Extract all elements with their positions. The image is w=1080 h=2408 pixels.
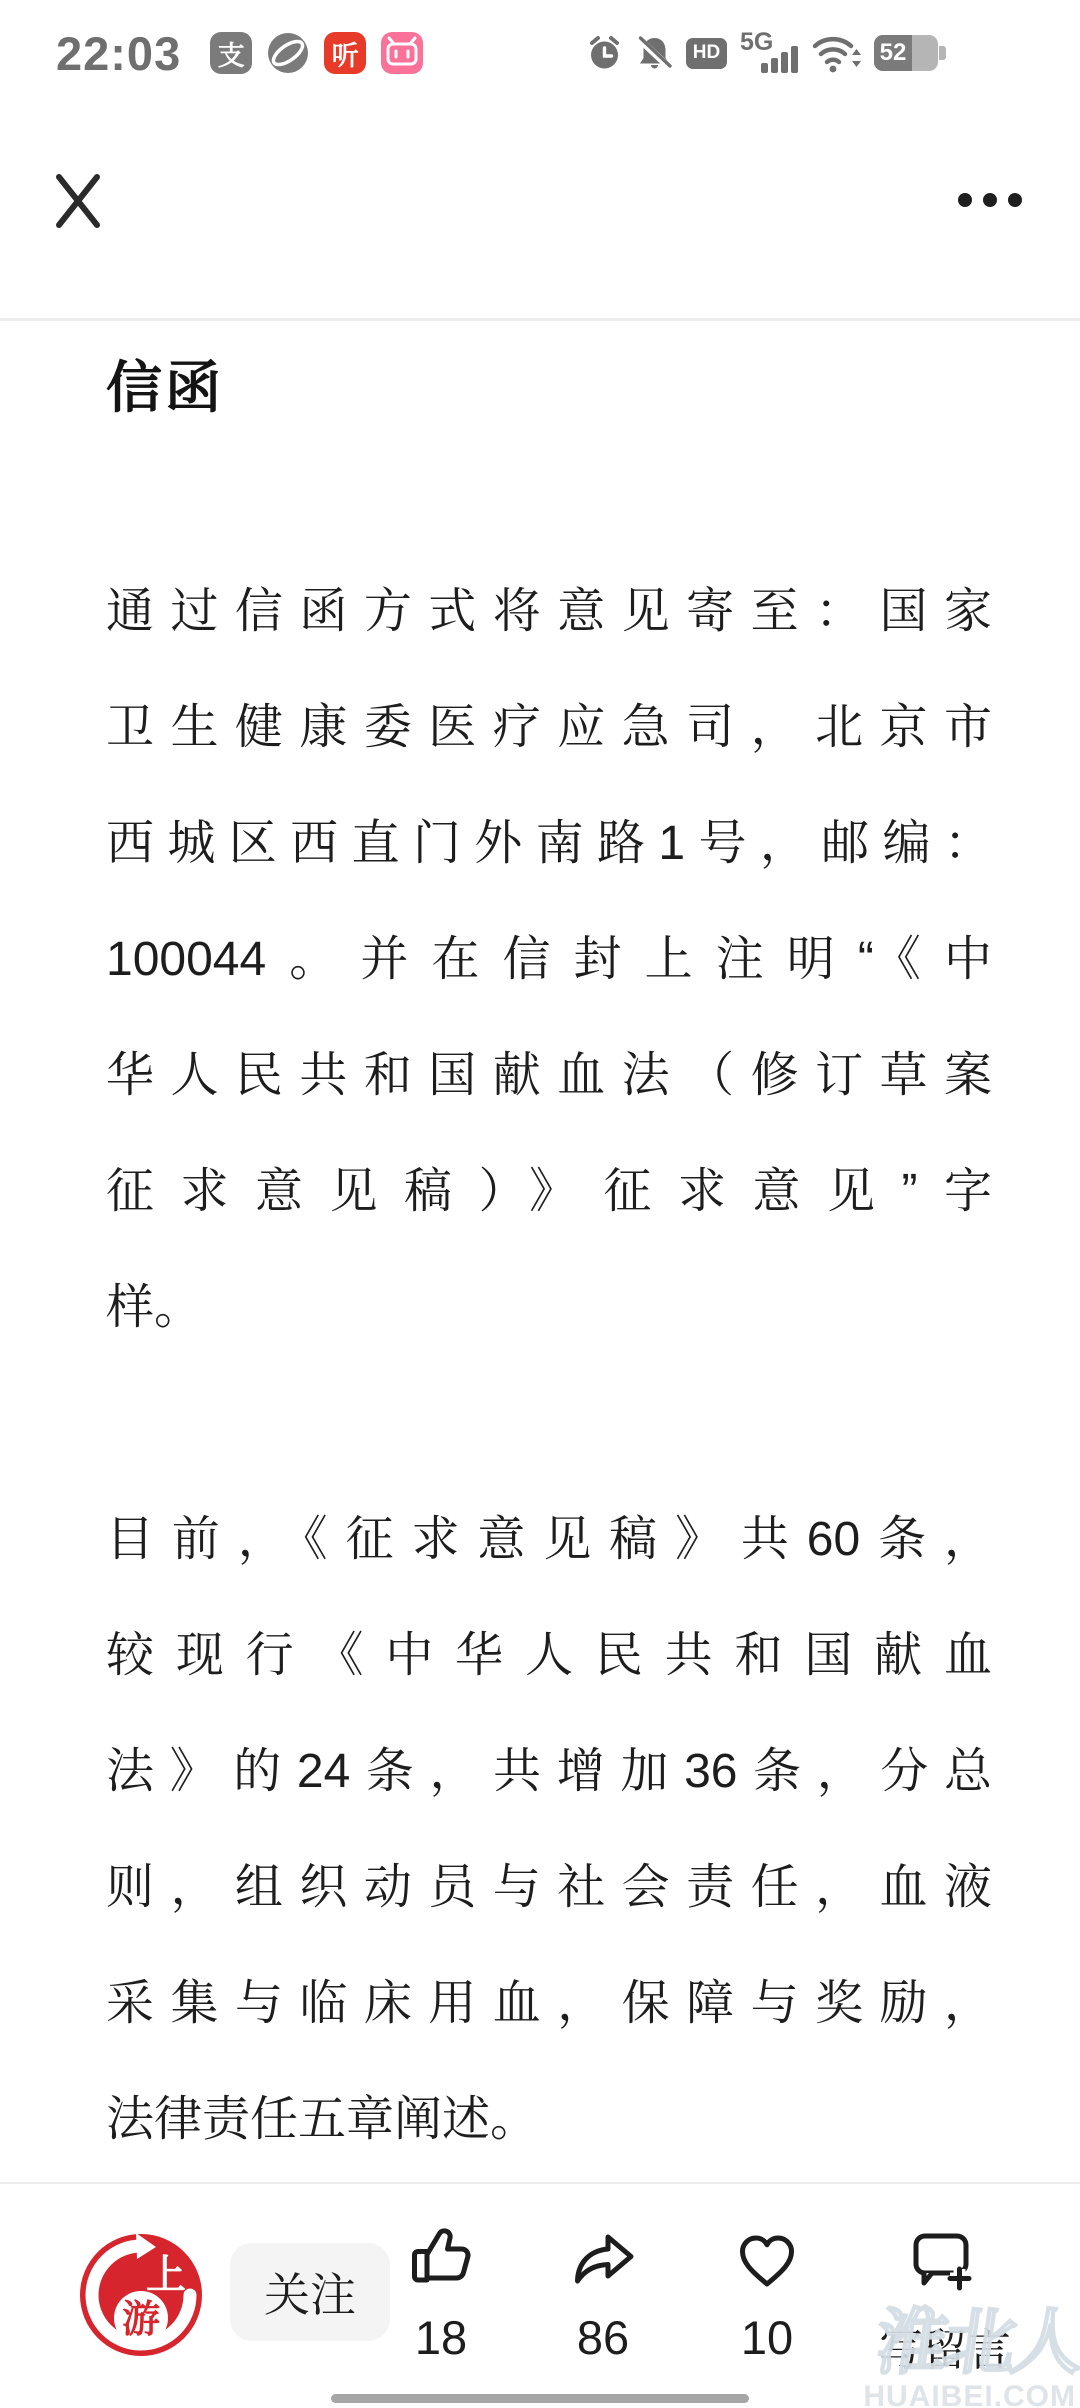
app-screen: 22:03 支 听 <box>0 0 1080 2408</box>
alipay-icon: 支 <box>210 32 252 74</box>
like-button[interactable] <box>405 2218 477 2290</box>
header-divider <box>0 318 1080 321</box>
clock-time: 22:03 <box>56 26 181 81</box>
battery-icon: 52 <box>874 35 946 71</box>
thumbs-up-icon <box>405 2218 477 2290</box>
article-line: 100044。并在信封上注明“《中 <box>106 902 992 1018</box>
alarm-icon <box>586 35 623 72</box>
favorite-count: 10 <box>697 2310 837 2365</box>
publisher-logo[interactable]: 上 游 <box>76 2230 206 2360</box>
status-bar: 22:03 支 听 <box>0 0 1080 96</box>
battery-level: 52 <box>874 35 912 71</box>
bell-muted-icon <box>636 35 673 72</box>
status-right: HD 5G 52 <box>586 32 1050 74</box>
article-line: 通过信函方式将意见寄至：国家 <box>106 554 992 670</box>
share-count: 86 <box>533 2310 673 2365</box>
close-button[interactable] <box>46 170 108 232</box>
signal-5g-icon: 5G <box>740 32 798 74</box>
article-line: 则，组织动员与社会责任，血液 <box>106 1830 992 1946</box>
logo-char-top: 上 <box>146 2253 186 2297</box>
article-paragraph-2: 目前，《征求意见稿》共60条， 较现行《中华人民共和国献血 法》的24条，共增加… <box>106 1482 992 2178</box>
article-line: 华人民共和国献血法（修订草案 <box>106 1018 992 1134</box>
status-left: 22:03 支 听 <box>56 26 423 81</box>
share-arrow-icon <box>567 2221 639 2293</box>
more-icon <box>958 193 972 207</box>
article-line: 卫生健康委医疗应急司，北京市 <box>106 670 992 786</box>
wifi-icon <box>811 33 861 73</box>
article-line: 目前，《征求意见稿》共60条， <box>106 1482 992 1598</box>
article-line: 西城区西直门外南路1号，邮编： <box>106 786 992 902</box>
hd-icon: HD <box>686 38 727 69</box>
comment-button[interactable] <box>905 2222 977 2294</box>
heart-icon <box>731 2224 803 2296</box>
like-count: 18 <box>371 2310 511 2365</box>
article-line: 较现行《中华人民共和国献血 <box>106 1598 992 1714</box>
comment-bubble-icon <box>905 2222 977 2294</box>
share-button[interactable] <box>567 2221 639 2293</box>
follow-button[interactable]: 关注 <box>230 2243 390 2341</box>
favorite-button[interactable] <box>731 2224 803 2296</box>
article-line: 法律责任五章阐述。 <box>106 2062 992 2178</box>
close-icon <box>46 170 108 232</box>
logo-char-bottom: 游 <box>122 2299 160 2341</box>
article-line: 征求意见稿）》征求意见”字 <box>106 1134 992 1250</box>
home-indicator[interactable] <box>331 2394 749 2403</box>
article-line: 采集与临床用血，保障与奖励， <box>106 1946 992 2062</box>
listen-app-icon: 听 <box>324 32 366 74</box>
article-line: 样。 <box>106 1250 992 1366</box>
write-comment-label[interactable]: 写留言 <box>845 2314 1045 2378</box>
browser-ball-icon <box>267 32 309 74</box>
bilibili-icon <box>381 32 423 74</box>
article-line: 法》的24条，共增加36条，分总 <box>106 1714 992 1830</box>
article-heading: 信函 <box>106 344 224 424</box>
article-paragraph-1: 通过信函方式将意见寄至：国家 卫生健康委医疗应急司，北京市 西城区西直门外南路1… <box>106 554 992 1366</box>
more-button[interactable] <box>958 193 1022 207</box>
